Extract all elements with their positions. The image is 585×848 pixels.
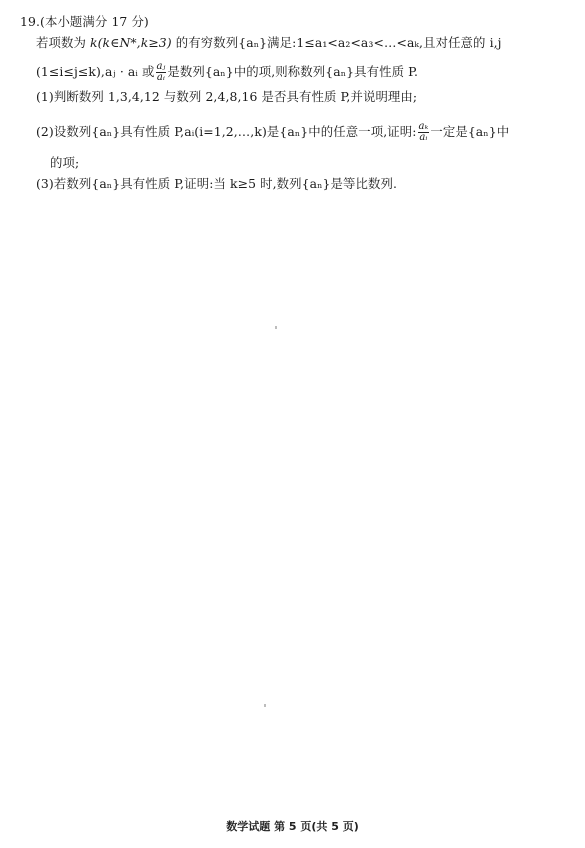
stem-line-1: 若项数为 k(k∈N*,k≥3) 的有穷数列{aₙ}满足:1≤a₁<a₂<a₃<… [36,35,502,51]
question-number: 19. [20,14,40,29]
page-footer: 数学试题 第 5 页(共 5 页) [0,818,585,834]
part-text: 的项; [50,155,79,170]
part-label: (2) [36,124,54,139]
part-text: 一定是{aₙ}中 [430,124,509,139]
stem-line-2: (1≤i≤j≤k),aⱼ · aᵢ 或aⱼaᵢ是数列{aₙ}中的项,则称数列{a… [36,62,418,83]
stem-text: 的有穷数列{aₙ}满足:1≤a₁<a₂<a₃<…<aₖ,且对任意的 i,j [172,35,502,50]
part-text: 设数列{aₙ}具有性质 P,aᵢ(i=1,2,…,k)是{aₙ}中的任意一项,证… [54,124,417,139]
part-2-continuation: 的项; [50,155,79,171]
part-1: (1)判断数列 1,3,4,12 与数列 2,4,8,16 是否具有性质 P,并… [36,89,417,105]
part-text: 判断数列 1,3,4,12 与数列 2,4,8,16 是否具有性质 P,并说明理… [54,89,417,104]
part-3: (3)若数列{aₙ}具有性质 P,证明:当 k≥5 时,数列{aₙ}是等比数列. [36,176,397,192]
stem-text: 若项数为 [36,35,90,50]
question-header: 19.(本小题满分 17 分) [20,14,149,30]
stem-text: (1≤i≤j≤k),aⱼ · aᵢ 或 [36,64,155,79]
stem-math: k(k∈N*,k≥3) [90,35,172,50]
stem-text: 是数列{aₙ}中的项,则称数列{aₙ}具有性质 P. [167,64,418,79]
fraction-aj-over-ai: aⱼaᵢ [156,62,167,83]
part-text: 若数列{aₙ}具有性质 P,证明:当 k≥5 时,数列{aₙ}是等比数列. [54,176,397,191]
part-2: (2)设数列{aₙ}具有性质 P,aᵢ(i=1,2,…,k)是{aₙ}中的任意一… [36,122,509,143]
scan-speck [275,326,277,329]
fraction-ak-over-ai: aₖaᵢ [418,122,430,143]
part-label: (3) [36,176,54,191]
score-note: (本小题满分 17 分) [40,14,149,29]
scan-speck [264,704,266,707]
part-label: (1) [36,89,54,104]
